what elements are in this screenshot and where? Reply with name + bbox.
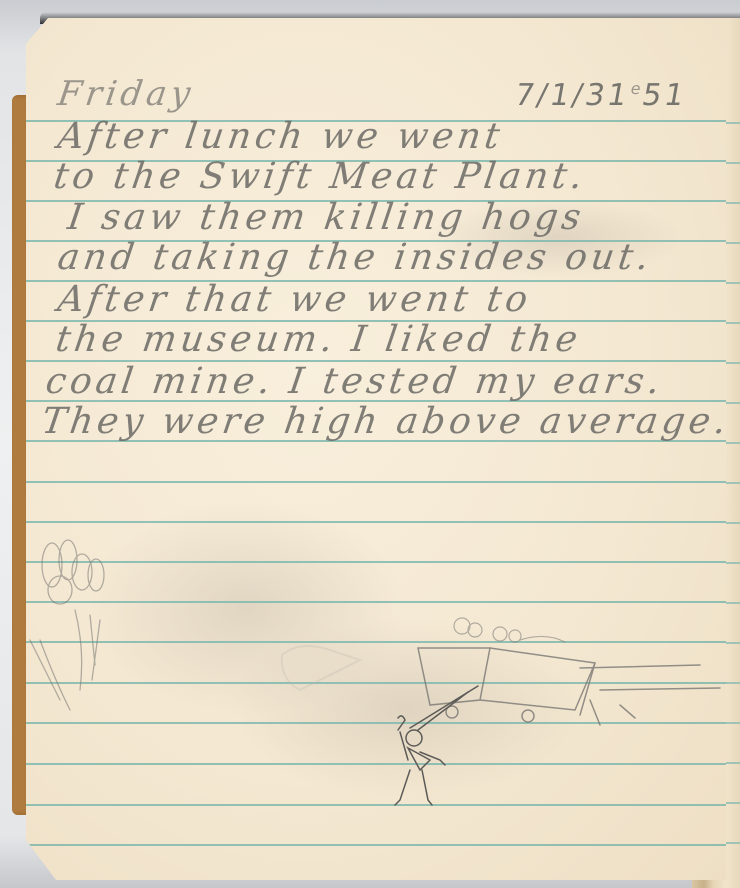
scribbled-plant-icon xyxy=(30,540,104,710)
whale-outline-icon xyxy=(282,646,360,690)
pencil-sketch xyxy=(0,0,740,888)
scribble-cloud-icon xyxy=(454,618,565,642)
truck-icon xyxy=(418,648,720,725)
